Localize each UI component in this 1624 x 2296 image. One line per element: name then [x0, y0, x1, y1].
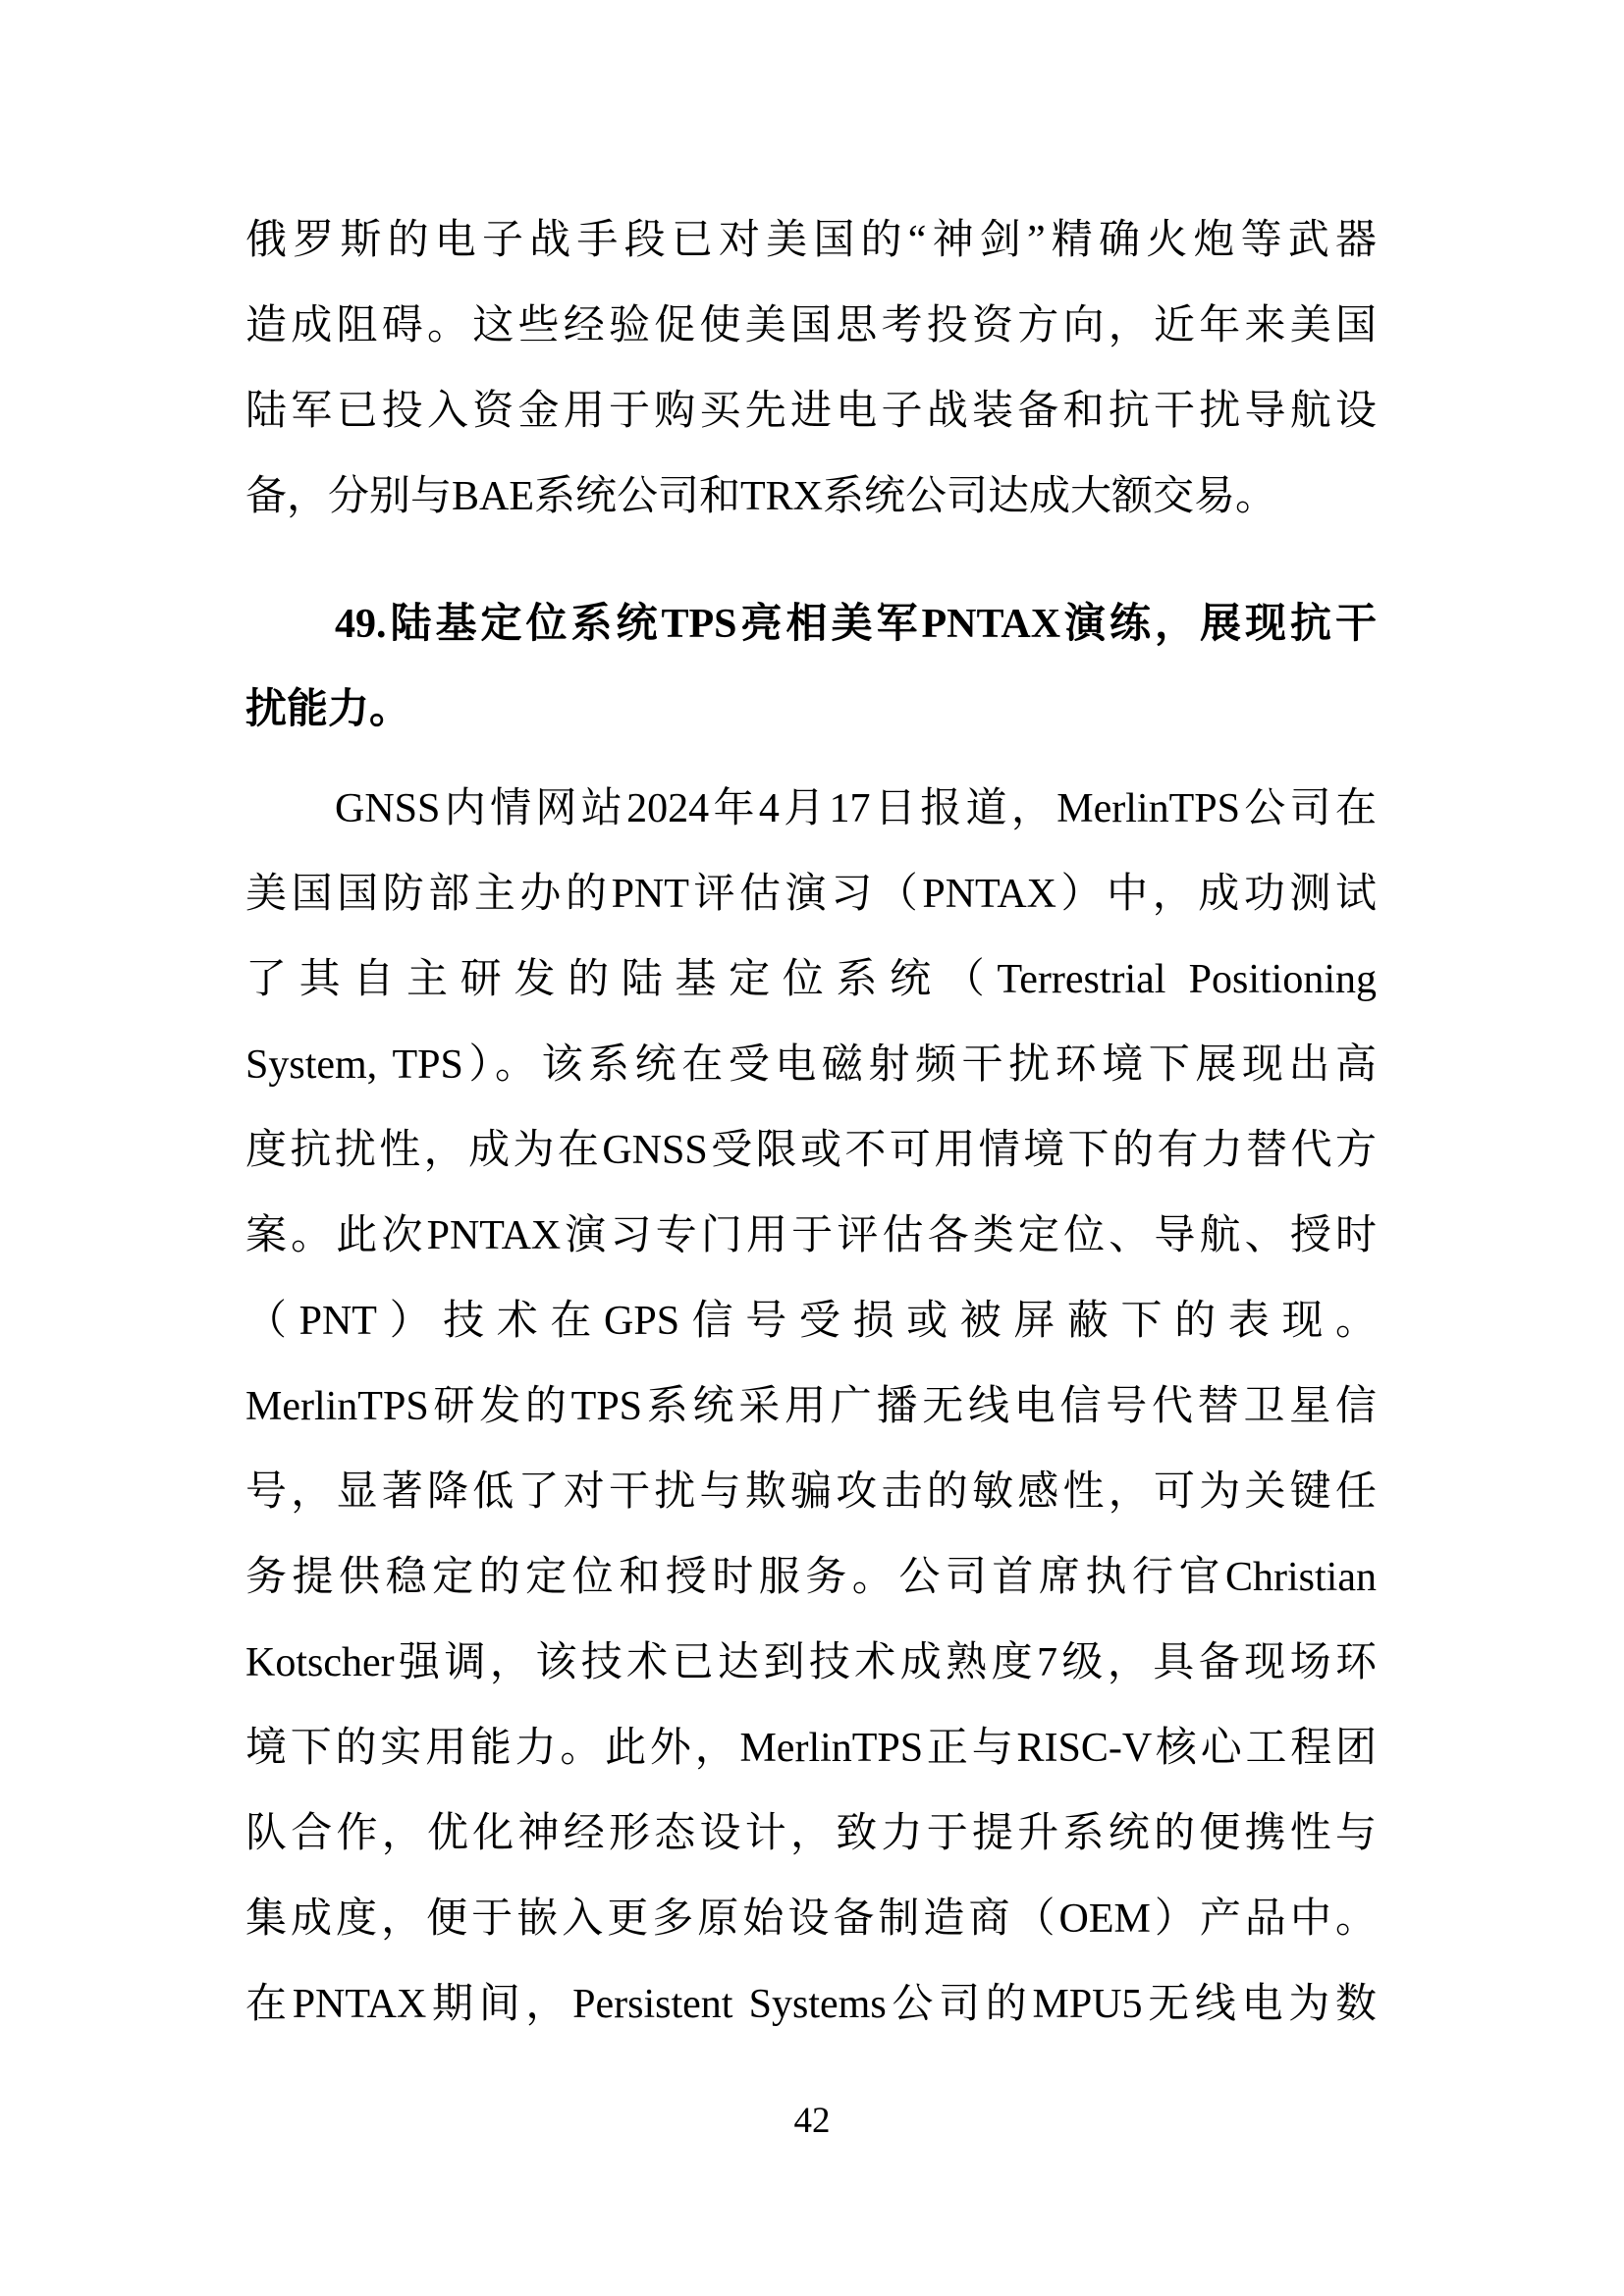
- text-line: 号，显著降低了对干扰与欺骗攻击的敏感性，可为关键任: [245, 1450, 1377, 1535]
- text-line: Kotscher强调，该技术已达到技术成熟度7级，具备现场环: [245, 1621, 1377, 1706]
- text-line: 造成阻碍。这些经验促使美国思考投资方向，近年来美国: [245, 284, 1377, 369]
- section-heading: 49.陆基定位系统TPS亮相美军PNTAX演练，展现抗干 扰能力。: [245, 582, 1377, 753]
- page-number: 42: [0, 2102, 1624, 2141]
- text-line: 集成度，便于嵌入更多原始设备制造商（OEM）产品中。: [245, 1877, 1377, 1962]
- text-line: 务提供稳定的定位和授时服务。公司首席执行官Christian: [245, 1535, 1377, 1621]
- text-line: 度抗扰性，成为在GNSS受限或不可用情境下的有力替代方: [245, 1108, 1377, 1194]
- text-line: 美国国防部主办的PNT评估演习（PNTAX）中，成功测试: [245, 852, 1377, 937]
- heading-line: 49.陆基定位系统TPS亮相美军PNTAX演练，展现抗干: [245, 582, 1377, 667]
- text-line: GNSS内情网站2024年4月17日报道，MerlinTPS公司在: [245, 767, 1377, 852]
- text-line: （PNT）技术在GPS信号受损或被屏蔽下的表现。: [245, 1279, 1377, 1364]
- text-line: 俄罗斯的电子战手段已对美国的“神剑”精确火炮等武器: [245, 198, 1377, 284]
- text-line: 备，分别与BAE系统公司和TRX系统公司达成大额交易。: [245, 454, 1377, 540]
- text-line: MerlinTPS研发的TPS系统采用广播无线电信号代替卫星信: [245, 1364, 1377, 1450]
- text-line: 在PNTAX期间，Persistent Systems公司的MPU5无线电为数: [245, 1962, 1377, 2048]
- text-line: 队合作，优化神经形态设计，致力于提升系统的便携性与: [245, 1791, 1377, 1877]
- page-content: 俄罗斯的电子战手段已对美国的“神剑”精确火炮等武器 造成阻碍。这些经验促使美国思…: [245, 198, 1377, 2048]
- text-line: System, TPS）。该系统在受电磁射频干扰环境下展现出高: [245, 1023, 1377, 1108]
- paragraph-2: GNSS内情网站2024年4月17日报道，MerlinTPS公司在 美国国防部主…: [245, 767, 1377, 2048]
- paragraph-1: 俄罗斯的电子战手段已对美国的“神剑”精确火炮等武器 造成阻碍。这些经验促使美国思…: [245, 198, 1377, 540]
- text-line: 陆军已投入资金用于购买先进电子战装备和抗干扰导航设: [245, 369, 1377, 454]
- heading-line: 扰能力。: [245, 667, 1377, 753]
- text-line: 案。此次PNTAX演习专门用于评估各类定位、导航、授时: [245, 1194, 1377, 1279]
- text-line: 了其自主研发的陆基定位系统（Terrestrial Positioning: [245, 937, 1377, 1023]
- text-line: 境下的实用能力。此外，MerlinTPS正与RISC-V核心工程团: [245, 1706, 1377, 1791]
- document-page: 俄罗斯的电子战手段已对美国的“神剑”精确火炮等武器 造成阻碍。这些经验促使美国思…: [0, 0, 1624, 2296]
